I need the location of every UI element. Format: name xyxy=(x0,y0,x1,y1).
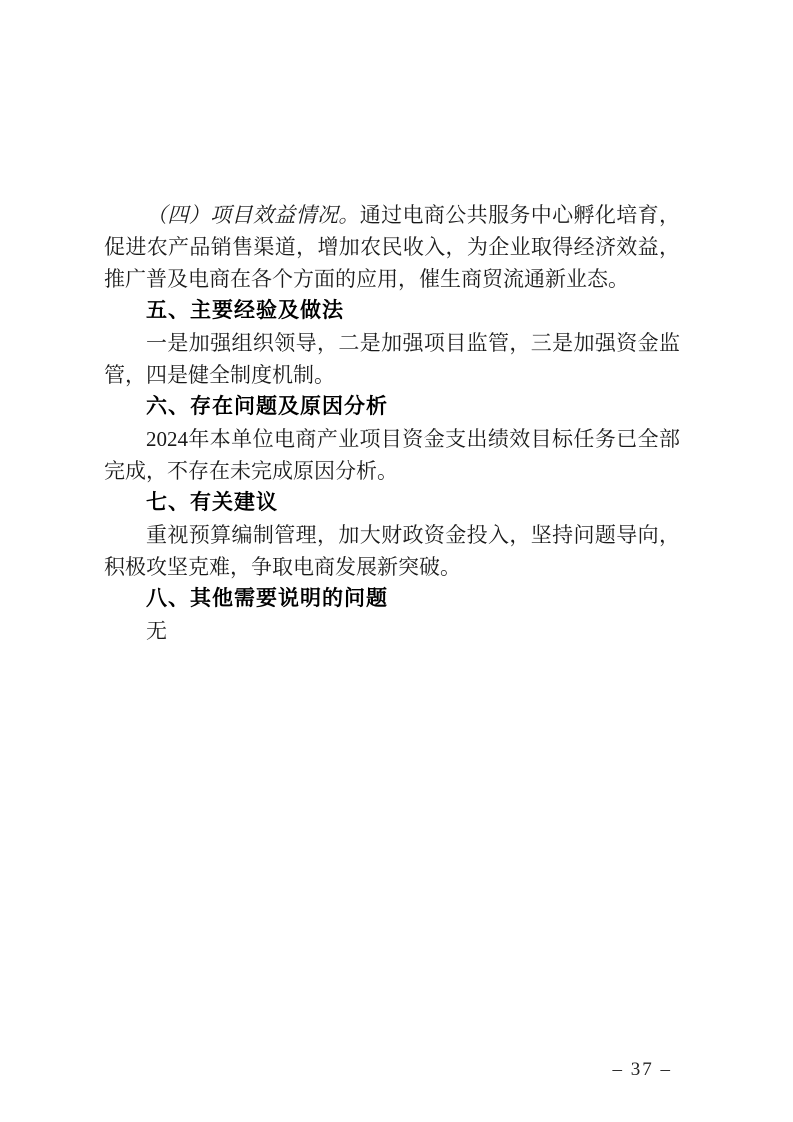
document-page: （四）项目效益情况。通过电商公共服务中心孵化培育， 促进农产品销售渠道，增加农民… xyxy=(0,0,793,1122)
heading-section6-problems: 六、存在问题及原因分析 xyxy=(104,391,680,423)
document-body: （四）项目效益情况。通过电商公共服务中心孵化培育， 促进农产品销售渠道，增加农民… xyxy=(104,199,680,647)
page-number: – 37 – xyxy=(613,1058,673,1082)
para-benefit-lead: （四）项目效益情况。 xyxy=(146,203,360,227)
para-experience-line1: 一是加强组织领导，二是加强项目监管，三是加强资金监 xyxy=(104,327,680,359)
para-benefit-line1-rest: 通过电商公共服务中心孵化培育， xyxy=(360,203,680,227)
para-suggestions-line2: 积极攻坚克难，争取电商发展新突破。 xyxy=(104,551,680,583)
para-benefit-line2: 促进农产品销售渠道，增加农民收入，为企业取得经济效益， xyxy=(104,231,680,263)
para-benefit-line3: 推广普及电商在各个方面的应用，催生商贸流通新业态。 xyxy=(104,263,680,295)
para-suggestions-line1: 重视预算编制管理，加大财政资金投入，坚持问题导向， xyxy=(104,519,680,551)
para-problems-line2: 完成，不存在未完成原因分析。 xyxy=(104,455,680,487)
para-benefit-line1: （四）项目效益情况。通过电商公共服务中心孵化培育， xyxy=(104,199,680,231)
para-problems-line1: 2024年本单位电商产业项目资金支出绩效目标任务已全部 xyxy=(104,423,680,455)
heading-section8-other-issues: 八、其他需要说明的问题 xyxy=(104,583,680,615)
para-other-issues-line1: 无 xyxy=(104,615,680,647)
heading-section7-suggestions: 七、有关建议 xyxy=(104,487,680,519)
para-experience-line2: 管，四是健全制度机制。 xyxy=(104,359,680,391)
heading-section5-experience: 五、主要经验及做法 xyxy=(104,295,680,327)
